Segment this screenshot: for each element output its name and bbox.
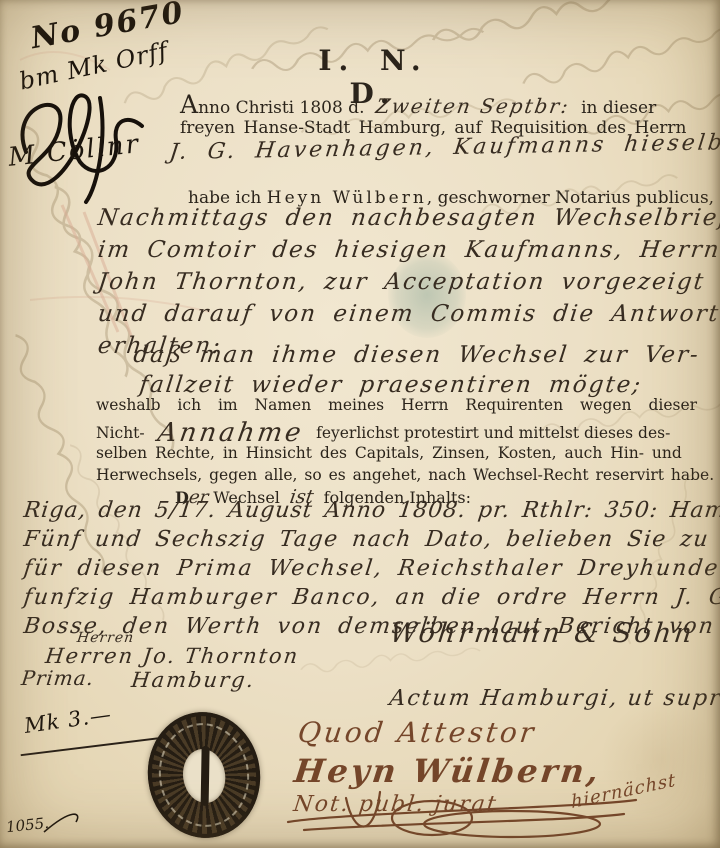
inventory-flourish <box>42 806 82 836</box>
bill-line: Riga, den 5/17. August Anno 1808. pr. Rt… <box>22 496 720 525</box>
protest-line-3: selben Rechte, in Hinsicht des Capitals,… <box>96 444 682 462</box>
intro-hand-date: Zweiten Septbr: <box>374 94 572 118</box>
notary-hand-paragraph: Nachmittags den nachbesagten Wechselbrie… <box>96 202 720 362</box>
intro-printed-2: in dieser <box>581 98 656 118</box>
seal-center-bar <box>201 746 210 806</box>
bill-line: Fünf und Sechszig Tage nach Dato, belieb… <box>22 525 720 554</box>
answer-line-1: daß man ihme diesen Wechsel zur Ver- <box>132 342 701 368</box>
protest-line-1: weshalb ich im Namen meines Herrn Requir… <box>96 396 697 414</box>
bill-line: funfzig Hamburger Banco, an die ordre He… <box>22 583 720 612</box>
addressee-line-2: Hamburg. <box>130 668 257 692</box>
protest-line-2-rest: feyerlichst protestirt und mittelst dies… <box>316 424 670 442</box>
notary-hand-line: John Thornton, zur Acceptation vorgezeig… <box>96 266 720 298</box>
bill-line: für diesen Prima Wechsel, Reichsthaler D… <box>22 554 720 583</box>
protest-nicht: Nicht- <box>96 424 145 442</box>
notary-hand-line: und darauf von einem Commis die Antwort <box>96 298 720 330</box>
protest-line-4: Herwechsels, gegen alle, so es angehet, … <box>96 466 714 484</box>
addressee-line-1: Herren Jo. Thornton <box>44 644 301 668</box>
quod-attestor: Quod Attestor <box>296 716 538 749</box>
intro-printed-1: Anno Christi 1808 d. <box>180 98 364 118</box>
drawer-signature: Wöhrmann & Sohn <box>388 618 696 649</box>
answer-line-2: fallzeit wieder praesentiren mögte; <box>138 372 644 398</box>
notary-hand-line: Nachmittags den nachbesagten Wechselbrie… <box>96 202 720 234</box>
actum-line: Actum Hamburgi, ut supra. <box>388 686 720 711</box>
document-page: No 9670 bm Mk Orff M Cöllnr I. N. D. Ann… <box>0 0 720 848</box>
intro-line-1: Anno Christi 1808 d. Zweiten Septbr: in … <box>180 90 656 119</box>
notary-hand-line: im Comtoir des hiesigen Kaufmanns, Herrn <box>96 234 720 266</box>
notarial-seal <box>140 705 268 845</box>
addressee-prima: Prima. <box>20 666 96 690</box>
